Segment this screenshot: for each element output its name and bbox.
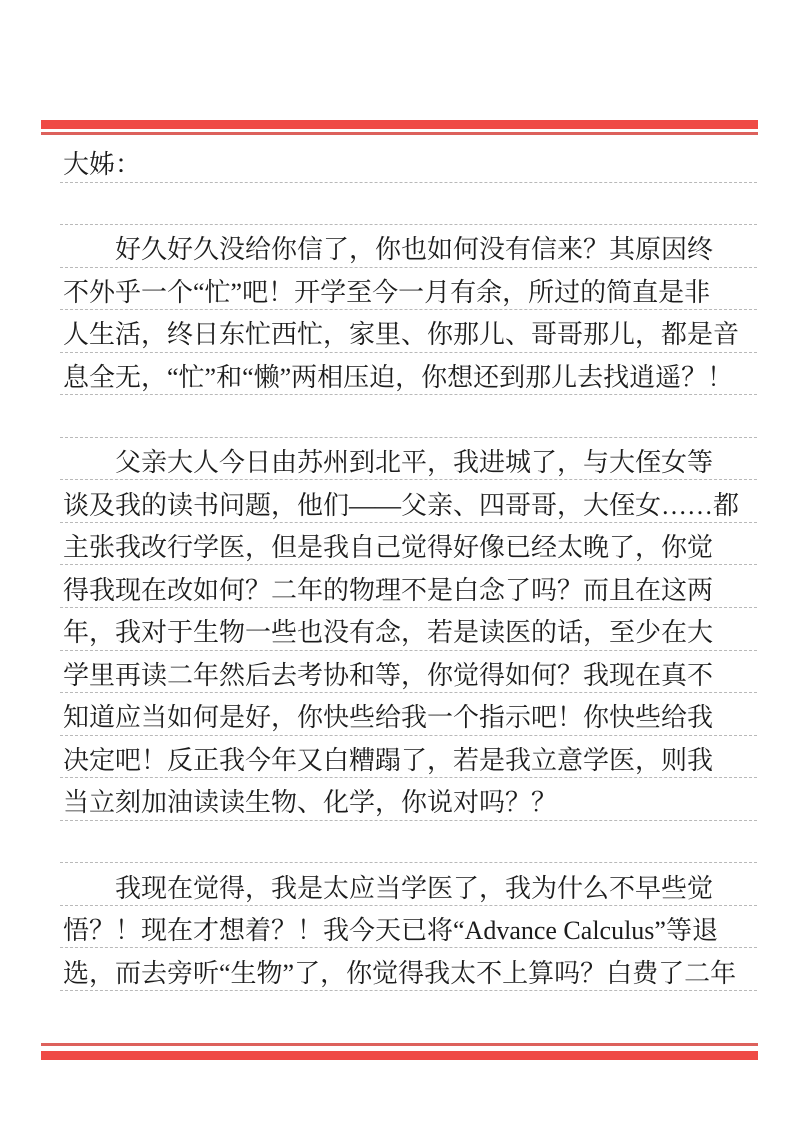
letter-line: 知道应当如何是好，你快些给我一个指示吧！你快些给我 — [60, 693, 757, 736]
letter-line: 好久好久没给你信了，你也如何没有信来？其原因终 — [60, 225, 757, 268]
letter-line-text: 不外乎一个“忙”吧！开学至今一月有余，所过的简直是非 — [60, 279, 710, 309]
letter-line: 息全无，“忙”和“懒”两相压迫，你想还到那儿去找逍遥？！ — [60, 353, 757, 396]
letter-line-text — [60, 859, 63, 862]
letter-line-text: 当立刻加油读读生物、化学，你说对吗？？ — [60, 789, 557, 819]
letter-line-text: 选，而去旁听“生物”了，你觉得我太不上算吗？白费了二年 — [60, 960, 736, 990]
bottom-border-thick-bar — [41, 1051, 758, 1060]
letter-line-text: 息全无，“忙”和“懒”两相压迫，你想还到那儿去找逍遥？！ — [60, 364, 733, 394]
letter-line-text — [60, 221, 63, 224]
letter-line-text: 学里再读二年然后去考协和等，你觉得如何？我现在真不 — [60, 662, 713, 692]
letter-line-text: 父亲大人今日由苏州到北平，我进城了，与大侄女等 — [60, 449, 713, 479]
letter-line: 悟？！现在才想着？！我今天已将“Advance Calculus”等退 — [60, 906, 757, 949]
letter-line-text: 主张我改行学医，但是我自己觉得好像已经太晚了，你觉 — [60, 534, 713, 564]
letter-line-text: 人生活，终日东忙西忙，家里、你那儿、哥哥那儿，都是音 — [60, 321, 739, 351]
salutation-line: 大姊： — [60, 140, 757, 183]
letter-line-text: 我现在觉得，我是太应当学医了，我为什么不早些觉 — [60, 875, 713, 905]
letter-line: 学里再读二年然后去考协和等，你觉得如何？我现在真不 — [60, 651, 757, 694]
letter-line: 人生活，终日东忙西忙，家里、你那儿、哥哥那儿，都是音 — [60, 310, 757, 353]
letter-line: 我现在觉得，我是太应当学医了，我为什么不早些觉 — [60, 863, 757, 906]
letter-line-text: 大姊： — [60, 151, 141, 181]
letter-line: 年，我对于生物一些也没有念，若是读医的话，至少在大 — [60, 608, 757, 651]
letter-line-text: 悟？！现在才想着？！我今天已将“Advance Calculus”等退 — [60, 917, 718, 947]
top-border-thin-line — [41, 132, 758, 135]
letter-line: 不外乎一个“忙”吧！开学至今一月有余，所过的简直是非 — [60, 268, 757, 311]
ruled-empty-line — [60, 183, 757, 226]
letter-line: 选，而去旁听“生物”了，你觉得我太不上算吗？白费了二年 — [60, 948, 757, 991]
letter-line-text: 得我现在改如何？二年的物理不是白念了吗？而且在这两 — [60, 577, 713, 607]
letter-line: 得我现在改如何？二年的物理不是白念了吗？而且在这两 — [60, 565, 757, 608]
letter-line-text: 年，我对于生物一些也没有念，若是读医的话，至少在大 — [60, 619, 713, 649]
bottom-border-thin-line — [41, 1043, 758, 1046]
letter-line-text: 决定吧！反正我今年又白糟蹋了，若是我立意学医，则我 — [60, 747, 713, 777]
letter-page: 大姊：好久好久没给你信了，你也如何没有信来？其原因终不外乎一个“忙”吧！开学至今… — [0, 0, 800, 1131]
ruled-empty-line — [60, 395, 757, 438]
letter-line-text: 知道应当如何是好，你快些给我一个指示吧！你快些给我 — [60, 704, 713, 734]
letter-line: 谈及我的读书问题，他们——父亲、四哥哥，大侄女……都 — [60, 480, 757, 523]
letter-line: 当立刻加油读读生物、化学，你说对吗？？ — [60, 778, 757, 821]
letter-line-text: 谈及我的读书问题，他们——父亲、四哥哥，大侄女……都 — [60, 492, 739, 522]
letter-body: 大姊：好久好久没给你信了，你也如何没有信来？其原因终不外乎一个“忙”吧！开学至今… — [60, 140, 757, 991]
letter-line-text — [60, 434, 63, 437]
letter-line: 主张我改行学医，但是我自己觉得好像已经太晚了，你觉 — [60, 523, 757, 566]
top-border-thick-bar — [41, 120, 758, 129]
letter-line: 决定吧！反正我今年又白糟蹋了，若是我立意学医，则我 — [60, 736, 757, 779]
letter-line: 父亲大人今日由苏州到北平，我进城了，与大侄女等 — [60, 438, 757, 481]
ruled-empty-line — [60, 821, 757, 864]
letter-line-text: 好久好久没给你信了，你也如何没有信来？其原因终 — [60, 236, 713, 266]
